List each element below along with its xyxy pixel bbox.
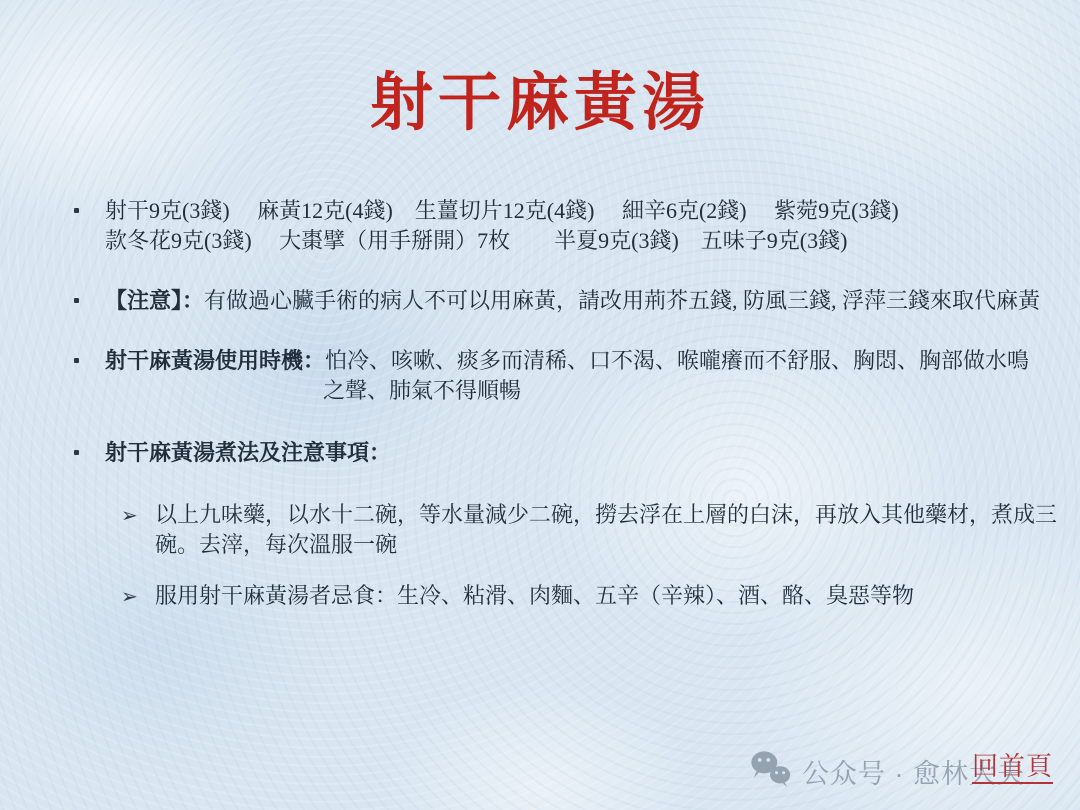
- avoid-sub-bullet: ➢ 服用射干麻黃湯者忌食：生冷、粘滑、肉麵、五辛（辛辣）、酒、酪、臭惡等物: [155, 581, 914, 611]
- avoid-line: 服用射干麻黃湯者忌食：生冷、粘滑、肉麵、五辛（辛辣）、酒、酪、臭惡等物: [155, 581, 914, 611]
- arrow-bullet-icon: ➢: [121, 500, 138, 530]
- slide: 射干麻黃湯 射干9克(3錢) 麻黃12克(4錢) 生薑切片12克(4錢) 細辛6…: [0, 0, 1080, 810]
- boil-line-2: 碗。去滓，每次溫服一碗: [155, 530, 1057, 560]
- bullet-dot-icon: [74, 450, 79, 455]
- bullet-dot-icon: [74, 208, 79, 213]
- notice-line: 【注意】：有做過心臟手術的病人不可以用麻黃，請改用荊芥五錢, 防風三錢, 浮萍三…: [105, 286, 1040, 316]
- usage-label: 射干麻黃湯使用時機：: [105, 348, 325, 373]
- bullet-dot-icon: [74, 358, 79, 363]
- notice-label: 【注意】：: [105, 288, 204, 313]
- cooking-label: 射干麻黃湯煮法及注意事項：: [105, 438, 391, 468]
- ingredients-line-2: 款冬花9克(3錢) 大棗擘（用手掰開）7枚 半夏9克(3錢) 五味子9克(3錢): [105, 226, 899, 256]
- ingredients-bullet: 射干9克(3錢) 麻黃12克(4錢) 生薑切片12克(4錢) 細辛6克(2錢) …: [105, 196, 899, 256]
- boil-sub-bullet: ➢ 以上九味藥，以水十二碗，等水量減少二碗，撈去浮在上層的白沫，再放入其他藥材，…: [155, 500, 1057, 560]
- usage-line-1: 射干麻黃湯使用時機：怕冷、咳嗽、痰多而清稀、口不渴、喉嚨癢而不舒服、胸悶、胸部做…: [105, 346, 1029, 376]
- notice-text: 有做過心臟手術的病人不可以用麻黃，請改用荊芥五錢, 防風三錢, 浮萍三錢來取代麻…: [204, 288, 1040, 313]
- bullet-dot-icon: [74, 298, 79, 303]
- ingredients-line-1: 射干9克(3錢) 麻黃12克(4錢) 生薑切片12克(4錢) 細辛6克(2錢) …: [105, 196, 899, 226]
- boil-line-1: 以上九味藥，以水十二碗，等水量減少二碗，撈去浮在上層的白沫，再放入其他藥材，煮成…: [155, 500, 1057, 530]
- notice-bullet: 【注意】：有做過心臟手術的病人不可以用麻黃，請改用荊芥五錢, 防風三錢, 浮萍三…: [105, 286, 1040, 316]
- page-title: 射干麻黃湯: [0, 52, 1080, 143]
- wechat-icon: [748, 748, 794, 794]
- usage-bullet: 射干麻黃湯使用時機：怕冷、咳嗽、痰多而清稀、口不渴、喉嚨癢而不舒服、胸悶、胸部做…: [105, 346, 1029, 406]
- usage-line-2: 之聲、肺氣不得順暢: [323, 376, 1029, 406]
- usage-text: 怕冷、咳嗽、痰多而清稀、口不渴、喉嚨癢而不舒服、胸悶、胸部做水鳴: [325, 348, 1029, 373]
- home-link[interactable]: 回首頁: [972, 753, 1053, 784]
- arrow-bullet-icon: ➢: [121, 581, 138, 611]
- cooking-bullet: 射干麻黃湯煮法及注意事項：: [105, 438, 391, 468]
